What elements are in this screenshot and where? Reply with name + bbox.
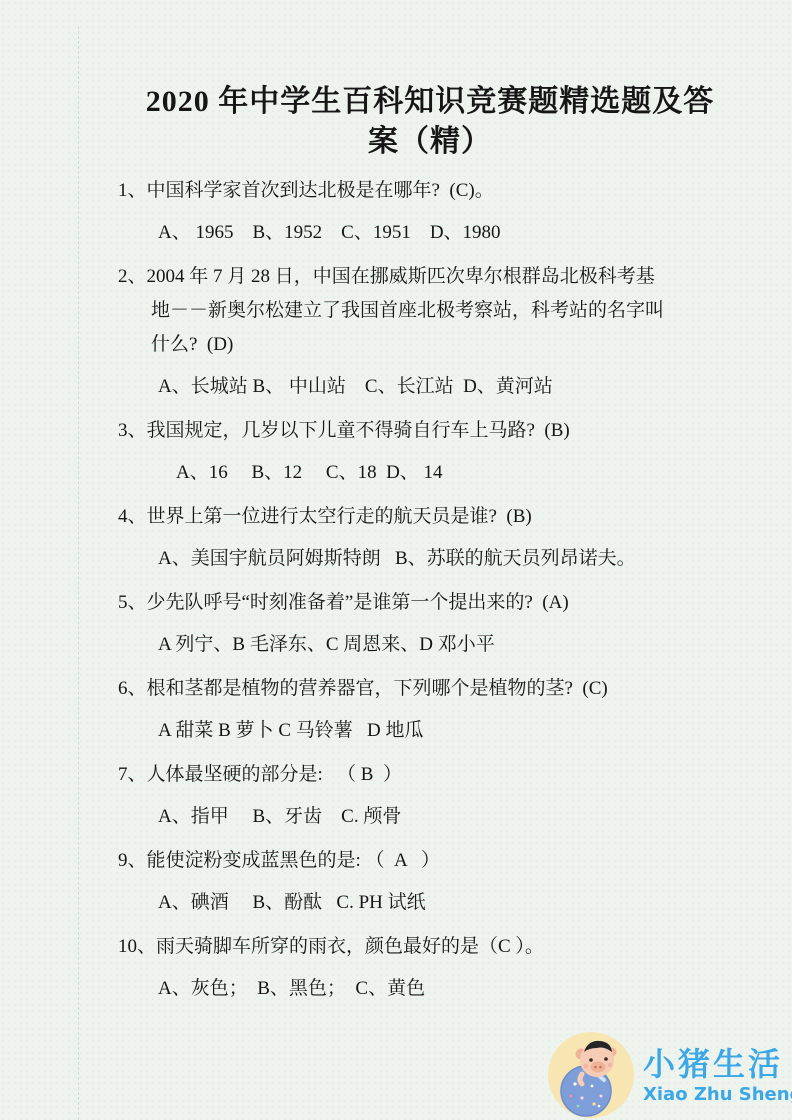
question-lines: 1、中国科学家首次到达北极是在哪年? (C)。 xyxy=(118,174,742,208)
question-block: 3、我国规定，几岁以下儿童不得骑自行车上马路? (B) A、16 B、12 C、… xyxy=(118,414,742,490)
watermark: 小猪生活 Xiao Zhu Sheng Huo xyxy=(548,1030,792,1120)
question-lines: 3、我国规定，几岁以下儿童不得骑自行车上马路? (B) xyxy=(118,414,742,448)
question-options: A、碘酒 B、酚酞 C. PH 试纸 xyxy=(158,886,742,920)
question-list: 1、中国科学家首次到达北极是在哪年? (C)。 A、 1965 B、1952 C… xyxy=(118,174,742,1006)
question-block: 1、中国科学家首次到达北极是在哪年? (C)。 A、 1965 B、1952 C… xyxy=(118,174,742,250)
question-block: 6、根和茎都是植物的营养器官，下列哪个是植物的茎? (C) A 甜菜 B 萝卜 … xyxy=(118,672,742,748)
question-text: 3、我国规定，几岁以下儿童不得骑自行车上马路? (B) xyxy=(118,414,742,448)
question-text: 4、世界上第一位进行太空行走的航天员是谁? (B) xyxy=(118,500,742,534)
question-options: A、16 B、12 C、18 D、 14 xyxy=(176,456,742,490)
question-options: A、长城站 B、 中山站 C、长江站 D、黄河站 xyxy=(158,370,742,404)
question-lines: 4、世界上第一位进行太空行走的航天员是谁? (B) xyxy=(118,500,742,534)
document-page: { "page": { "background_color": "#eef4ed… xyxy=(0,0,792,1120)
question-text: 6、根和茎都是植物的营养器官，下列哪个是植物的茎? (C) xyxy=(118,672,742,706)
question-options: A、美国宇航员阿姆斯特朗 B、苏联的航天员列昂诺夫。 xyxy=(158,542,742,576)
question-block: 2、2004 年 7 月 28 日，中国在挪威斯匹次卑尔根群岛北极科考基地－－新… xyxy=(118,260,742,404)
question-text: 7、人体最坚硬的部分是: （ B ） xyxy=(118,758,742,792)
document-content: 2020 年中学生百科知识竞赛题精选题及答 案（精） 1、中国科学家首次到达北极… xyxy=(118,0,742,1006)
question-text: 1、中国科学家首次到达北极是在哪年? (C)。 xyxy=(118,174,742,208)
pig-mascot-icon xyxy=(548,1032,634,1118)
question-lines: 10、雨天骑脚车所穿的雨衣，颜色最好的是（C ）。 xyxy=(118,930,742,964)
question-text: 2、2004 年 7 月 28 日，中国在挪威斯匹次卑尔根群岛北极科考基 xyxy=(118,260,742,294)
question-options: A、指甲 B、牙齿 C. 颅骨 xyxy=(158,800,742,834)
page-edge-guide xyxy=(78,26,79,1120)
question-lines: 2、2004 年 7 月 28 日，中国在挪威斯匹次卑尔根群岛北极科考基地－－新… xyxy=(118,260,742,362)
question-lines: 9、能使淀粉变成蓝黑色的是: （ A ） xyxy=(118,844,742,878)
brand-pinyin: Xiao Zhu Sheng Huo xyxy=(643,1084,792,1105)
question-block: 7、人体最坚硬的部分是: （ B ） A、指甲 B、牙齿 C. 颅骨 xyxy=(118,758,742,834)
page-title-line1: 2020 年中学生百科知识竞赛题精选题及答 xyxy=(118,82,742,122)
question-options: A、 1965 B、1952 C、1951 D、1980 xyxy=(158,216,742,250)
page-title: 2020 年中学生百科知识竞赛题精选题及答 案（精） xyxy=(118,82,742,162)
question-options: A、灰色； B、黑色； C、黄色 xyxy=(158,972,742,1006)
question-options: A 列宁、B 毛泽东、C 周恩来、D 邓小平 xyxy=(158,628,742,662)
question-block: 10、雨天骑脚车所穿的雨衣，颜色最好的是（C ）。 A、灰色； B、黑色； C、… xyxy=(118,930,742,1006)
question-lines: 5、少先队呼号“时刻准备着”是谁第一个提出来的? (A) xyxy=(118,586,742,620)
question-text: 什么? (D) xyxy=(151,328,742,362)
brand-name: 小猪生活 xyxy=(643,1046,792,1082)
question-block: 4、世界上第一位进行太空行走的航天员是谁? (B) A、美国宇航员阿姆斯特朗 B… xyxy=(118,500,742,576)
page-title-line2: 案（精） xyxy=(118,122,742,162)
question-block: 9、能使淀粉变成蓝黑色的是: （ A ） A、碘酒 B、酚酞 C. PH 试纸 xyxy=(118,844,742,920)
question-text: 10、雨天骑脚车所穿的雨衣，颜色最好的是（C ）。 xyxy=(118,930,742,964)
question-options: A 甜菜 B 萝卜 C 马铃薯 D 地瓜 xyxy=(158,714,742,748)
question-text: 9、能使淀粉变成蓝黑色的是: （ A ） xyxy=(118,844,742,878)
brand-text: 小猪生活 Xiao Zhu Sheng Huo xyxy=(643,1046,792,1105)
question-block: 5、少先队呼号“时刻准备着”是谁第一个提出来的? (A) A 列宁、B 毛泽东、… xyxy=(118,586,742,662)
question-lines: 7、人体最坚硬的部分是: （ B ） xyxy=(118,758,742,792)
question-lines: 6、根和茎都是植物的营养器官，下列哪个是植物的茎? (C) xyxy=(118,672,742,706)
question-text: 5、少先队呼号“时刻准备着”是谁第一个提出来的? (A) xyxy=(118,586,742,620)
question-text: 地－－新奥尔松建立了我国首座北极考察站，科考站的名字叫 xyxy=(151,294,742,328)
